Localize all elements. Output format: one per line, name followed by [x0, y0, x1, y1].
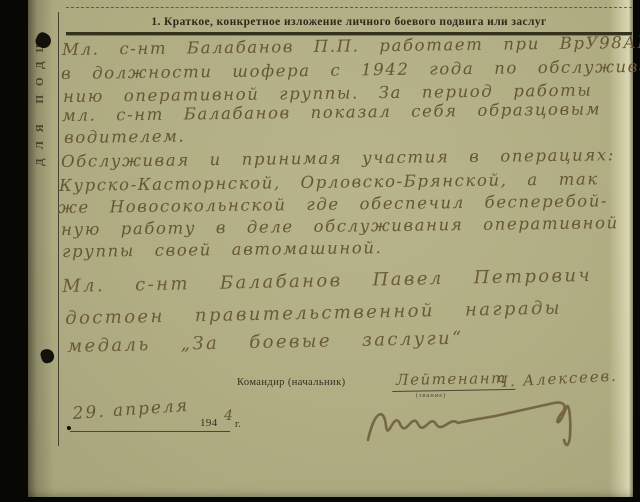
ink-blot-middle [39, 348, 55, 365]
date-year-digit-handwritten: 4 [224, 408, 233, 424]
paper-sheet: ДЛЯ ПОДШ 1. Краткое, конкретное изложени… [28, 0, 633, 497]
manuscript-line: в должности шофера с 1942 года по обслуж… [61, 57, 640, 83]
manuscript-line: Мл. с-нт Балабанов П.П. работает при ВрУ… [62, 32, 640, 59]
manuscript-line: медаль „За боевые заслуги“ [67, 328, 464, 357]
section-header-title: 1. Краткое, конкретное изложение личного… [66, 16, 632, 28]
manuscript-line: ную работу в деле обслуживания оперативн… [61, 213, 619, 239]
manuscript-line: достоен правительственной награды [65, 298, 562, 329]
manuscript-line: Обслуживая и принимая участия в операция… [61, 145, 615, 171]
margin-vertical-label: ДЛЯ ПОДШ [34, 6, 46, 166]
margin-rule [58, 12, 59, 446]
ink-dot-bottom [67, 426, 71, 430]
manuscript-line: Курско-Касторнской, Орловско-Брянской, а… [59, 169, 599, 195]
manuscript-line: группы своей автомашиной. [62, 238, 383, 261]
manuscript-line: Мл. с-нт Балабанов Павел Петрович [62, 265, 592, 297]
date-underline [70, 431, 230, 432]
signature-flourish [358, 388, 608, 454]
date-day-month-handwritten: 29. апреля [72, 396, 190, 424]
header-top-rule [66, 7, 632, 8]
manuscript-line: же Новосокольнской где обеспечил беспере… [58, 191, 608, 217]
manuscript-line: водителем. [64, 127, 185, 147]
scanned-award-document: ДЛЯ ПОДШ 1. Краткое, конкретное изложени… [0, 0, 640, 502]
date-year-printed: 194 [200, 417, 218, 429]
commander-label: Командир (начальник) [237, 377, 345, 388]
date-suffix: г. [235, 419, 241, 430]
